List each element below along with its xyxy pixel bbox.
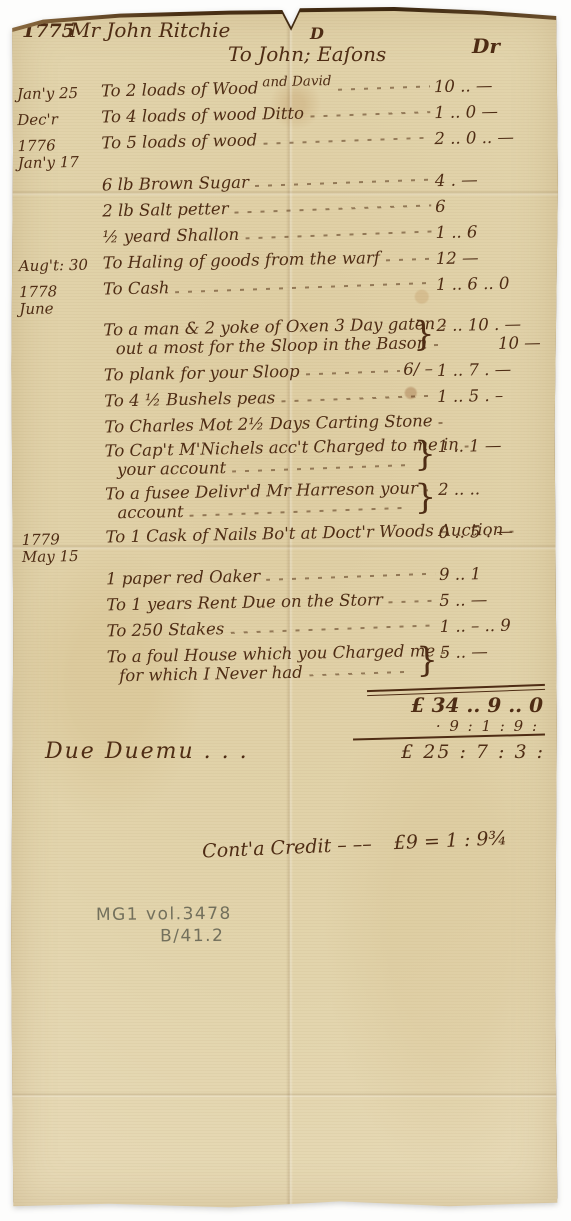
entry-description-block: To 4 loads of wood Ditto — [101, 101, 434, 126]
entry-amount-column: 1 .. 0 — — [434, 99, 544, 122]
entry-date — [19, 321, 103, 326]
entry-brace: } — [413, 317, 435, 351]
entry-line-1: 1 paper red Oaker — [106, 563, 439, 588]
leader-dashes — [245, 222, 432, 241]
leader-dashes — [441, 644, 449, 656]
ledger-entry-row: To 1 years Rent Due on the Storr 5 .. — — [22, 587, 549, 618]
entry-line-1: To plank for your Sloop 6/ – — [104, 359, 437, 384]
entry-line-1: To 1 years Rent Due on the Storr — [106, 589, 439, 614]
entry-amount-column: 1 .. 6 .. 0 — [436, 271, 546, 294]
entry-description: To Cash — [103, 278, 170, 298]
entry-description-block: To a fusee Delivr'd Mr Harreson your acc… — [105, 479, 413, 523]
entry-description-block: To 2 loads of Wood and David — [101, 75, 434, 100]
contra-credit-label: Cont'a Credit – –– — [202, 833, 373, 862]
entry-date — [23, 647, 107, 652]
debit-abbreviation: Dr — [472, 34, 500, 58]
entry-date — [20, 418, 104, 423]
ledger-entry-row: ½ yeard Shallon 1 .. 6 — [18, 219, 545, 250]
leader-dashes — [175, 273, 432, 294]
entry-description-block: To 1 Cask of Nails Bo't at Doct'r Woods … — [105, 521, 438, 546]
entry-line-1: To 1 Cask of Nails Bo't at Doct'r Woods … — [105, 521, 438, 546]
entry-date — [20, 442, 104, 447]
entry-description-block: To Cap't M'Nichels acc't Charged to me i… — [104, 436, 412, 480]
entry-amount: 1 .. 6 .. 0 — [436, 273, 546, 294]
entry-amount-column: 9 .. 1 — [439, 561, 549, 584]
leader-dashes — [438, 414, 446, 426]
ledger-entry-row: 1 paper red Oaker 9 .. 1 — [22, 561, 549, 592]
entry-amount-column: 2 .. 0 .. — — [434, 125, 544, 148]
entry-amount-column: 0 .. 5 . — — [438, 519, 548, 542]
entry-line-1: To 5 loads of wood — [101, 127, 434, 152]
entry-description-continued: account — [105, 502, 183, 522]
entry-amount: 5 .. — — [439, 589, 549, 610]
entry-amount: 9 .. 1 — [439, 563, 549, 584]
entry-date — [18, 175, 102, 180]
entry-description: ½ yeard Shallon — [102, 224, 239, 246]
archive-reference: MG1 vol.3478 B/41.2 — [96, 901, 547, 947]
entry-line-1: To Charles Mot 2½ Days Carting Stone — [104, 411, 437, 436]
entry-amount-column: 1 .. – .. 9 — [439, 613, 549, 636]
leader-dashes — [281, 387, 433, 405]
entry-line-1: 6 lb Brown Sugar — [102, 169, 435, 194]
entry-description-block: To 1 years Rent Due on the Storr — [106, 589, 439, 614]
ledger-entry-row: To Cap't M'Nichels acc't Charged to me i… — [20, 433, 548, 481]
entry-date — [22, 621, 106, 626]
leader-dashes — [433, 336, 441, 348]
entry-unit-rate: 6/ – — [403, 359, 433, 379]
balance-due-row: Due Duemu . . . £ 25 : 7 : 3 : — [193, 741, 545, 771]
totals-block: £ 34 .. 9 .. 0 · 9 : 1 : 9 : Due Duemu .… — [193, 687, 545, 771]
leader-dashes — [389, 591, 436, 605]
entry-interlinear-insertion: and David — [262, 73, 331, 90]
leader-dashes — [386, 249, 432, 263]
entry-amount-column: 1 .. 5 . – — [437, 383, 547, 406]
balance-due-label: Due Duemu . . . — [45, 739, 249, 764]
entry-description: 1 paper red Oaker — [106, 566, 260, 588]
entry-line-1: To Haling of goods from the warf — [103, 247, 436, 272]
ledger-entry-row: To a foul House which you Charged me for… — [23, 639, 551, 687]
ledger-entry-row: To a man & 2 yoke of Oxen 3 Day gaten ou… — [19, 312, 547, 362]
entry-date — [20, 392, 104, 397]
ledger-entry-row: 1779 May 15 To 1 Cask of Nails Bo't at D… — [21, 519, 549, 566]
ledger-entry-row: Dec'r To 4 loads of wood Ditto 1 .. 0 — — [17, 99, 544, 130]
leader-dashes — [424, 481, 432, 493]
entry-date: Jan'y 25 — [17, 81, 101, 102]
ledger-entry-row: Aug't: 30 To Haling of goods from the wa… — [19, 245, 546, 276]
leader-dashes — [189, 499, 409, 519]
archive-volume-number: MG1 vol.3478 — [96, 901, 547, 925]
leader-dashes — [255, 170, 431, 188]
entry-amount: 1 .. 1 — — [437, 435, 547, 456]
ledger-entry-row: To 250 Stakes 1 .. – .. 9 — [22, 613, 549, 644]
entry-description-block: 2 lb Salt petter — [102, 195, 435, 220]
entry-description-block: 6 lb Brown Sugar — [102, 169, 435, 194]
ledger-entry-row: To a fusee Delivr'd Mr Harreson your acc… — [21, 476, 549, 524]
entry-amount: 12 — — [436, 247, 546, 268]
contra-credit-line: Cont'a Credit – –– £9 = 1 : 9¾ — [202, 825, 548, 862]
leader-dashes — [465, 437, 473, 449]
entry-amount-column: 1 .. 1 — — [437, 433, 547, 456]
contra-credit-amount: £9 = 1 : 9¾ — [393, 827, 507, 854]
entry-description-block: To a foul House which you Charged me for… — [107, 641, 415, 685]
entry-amount-column: 12 — — [436, 245, 546, 268]
entry-description: To 2 loads of Wood — [101, 78, 259, 100]
entry-description-block: To 250 Stakes — [106, 615, 439, 640]
entries-list: Jan'y 25 To 2 loads of Wood and David 10… — [17, 75, 550, 684]
entry-brace: } — [416, 643, 438, 677]
entry-amount-column: 2 .. .. — [438, 476, 548, 499]
entry-amount: 1 .. 7 . — — [437, 359, 547, 380]
entry-description-block: To 4 ½ Bushels peas — [104, 385, 437, 410]
entry-description: To 1 years Rent Due on the Storr — [106, 590, 383, 614]
entry-date: 1778 June — [19, 279, 104, 317]
entry-date — [18, 201, 102, 206]
entry-description-block: To Haling of goods from the warf — [103, 247, 436, 272]
entry-amount: 1 .. – .. 9 — [439, 615, 549, 636]
entry-description: To Charles Mot 2½ Days Carting Stone — [104, 411, 432, 436]
entry-date — [22, 569, 106, 574]
entry-amount: 2 .. .. — [438, 478, 548, 499]
leader-dashes — [337, 77, 430, 92]
entry-description-block: To Charles Mot 2½ Days Carting Stone — [104, 411, 437, 436]
debtor-name: Mr John Ritchie — [70, 18, 230, 42]
entry-amount-column: 2 .. 10 . — 10 — — [436, 312, 547, 354]
entry-description-block: To 5 loads of wood — [101, 127, 434, 152]
ledger-entry-row: 1778 June To Cash 1 .. 6 .. 0 — [19, 271, 547, 318]
ledger-entry-row: Jan'y 25 To 2 loads of Wood and David 10… — [17, 73, 544, 104]
leader-dashes — [232, 456, 409, 474]
entry-amount: 1 .. 6 — [435, 221, 545, 242]
entry-date: 1776 Jan'y 17 — [17, 133, 102, 171]
leader-dashes — [266, 564, 435, 582]
entry-line-1: To 4 ½ Bushels peas — [104, 385, 437, 410]
entry-amount-column: 10 .. — — [434, 73, 544, 96]
entry-amount: 2 .. 0 .. — — [434, 127, 544, 148]
entry-amount: 2 .. 10 . — — [436, 314, 546, 335]
entry-date — [20, 366, 104, 371]
entry-line-1: To Cash — [103, 273, 436, 298]
entry-line-1: To 4 loads of wood Ditto — [101, 101, 434, 126]
entry-amount-column: 5 .. — — [439, 587, 549, 610]
entry-description: To 4 loads of wood Ditto — [101, 104, 304, 127]
leader-dashes — [310, 103, 431, 119]
entry-amount: 6 — [435, 195, 545, 216]
paper-wrapper: 1775 Mr John Ritchie D To John; Eaſons D… — [0, 0, 571, 1221]
entry-description: 6 lb Brown Sugar — [102, 172, 249, 194]
entry-description-block: To Cash — [103, 273, 436, 298]
entry-description: To Haling of goods from the warf — [103, 248, 380, 272]
leader-dashes — [441, 317, 449, 329]
leader-dashes — [308, 663, 410, 679]
ledger-entry-row: 6 lb Brown Sugar 4 . — — [18, 167, 545, 198]
entry-amount-column: 1 .. 6 — [435, 219, 545, 242]
leader-dashes — [509, 523, 517, 535]
entry-date — [21, 485, 105, 490]
ledger-entry-row: 2 lb Salt petter 6 — [18, 193, 545, 224]
entry-date — [22, 595, 106, 600]
entry-amount: 5 .. — — [440, 641, 550, 662]
entry-description: To 5 loads of wood — [101, 130, 257, 152]
entry-description-block: To a man & 2 yoke of Oxen 3 Day gaten ou… — [103, 315, 411, 359]
entry-description-block: 1 paper red Oaker — [106, 563, 439, 588]
leader-dashes — [263, 129, 431, 147]
entry-amount: 1 .. 5 . – — [437, 385, 547, 406]
entry-secondary-amount: 10 — — [498, 333, 547, 353]
entry-description-continued: your account — [105, 458, 226, 479]
total-gross-amount: £ 34 .. 9 .. 0 — [193, 693, 545, 717]
entry-date: Dec'r — [17, 107, 101, 128]
archive-item-number: B/41.2 — [160, 923, 547, 946]
entry-amount: 4 . — — [435, 169, 545, 190]
entry-amount-column: 1 .. 7 . — — [437, 357, 547, 380]
entry-amount: 0 .. 5 . — — [438, 521, 548, 542]
entry-date: Aug't: 30 — [19, 253, 103, 274]
entry-brace: } — [414, 437, 436, 471]
leader-dashes — [230, 616, 436, 636]
entry-description-block: To plank for your Sloop 6/ – — [104, 359, 437, 384]
ledger-header: 1775 Mr John Ritchie D To John; Eaſons D… — [20, 18, 547, 70]
entry-description: To plank for your Sloop — [104, 362, 300, 385]
ledger-paper: 1775 Mr John Ritchie D To John; Eaſons D… — [10, 8, 559, 1211]
ledger-entry-row: 1776 Jan'y 17 To 5 loads of wood 2 .. 0 … — [17, 125, 545, 172]
entry-amount: 10 .. — — [434, 75, 544, 96]
header-superscript-d: D — [310, 24, 324, 43]
entry-amount-column: 6 — [435, 193, 545, 216]
leader-dashes — [234, 196, 431, 215]
leader-dashes — [305, 362, 399, 377]
entry-amount-column: 4 . — — [435, 167, 545, 190]
entry-amount: 1 .. 0 — — [434, 101, 544, 122]
entry-amount-column: 5 .. — — [440, 639, 550, 662]
entry-line-1: ½ yeard Shallon — [102, 221, 435, 246]
entry-description: 2 lb Salt petter — [102, 199, 229, 220]
entry-line-1: To 2 loads of Wood and David — [101, 75, 434, 100]
balance-due-amount: £ 25 : 7 : 3 : — [401, 741, 545, 763]
entry-description: To 250 Stakes — [106, 619, 224, 640]
entry-description-continued: for which I Never had — [107, 662, 303, 685]
scan-background: 1775 Mr John Ritchie D To John; Eaſons D… — [0, 0, 571, 1221]
entry-description-block: ½ yeard Shallon — [102, 221, 435, 246]
creditor-name: To John; Eaſons — [228, 42, 386, 66]
entry-description: To 4 ½ Bushels peas — [104, 388, 275, 410]
entry-line-1: 2 lb Salt petter — [102, 195, 435, 220]
total-credit-subtracted: · 9 : 1 : 9 : — [193, 717, 545, 735]
entry-date — [18, 227, 102, 232]
horizontal-fold-crease — [10, 1092, 559, 1098]
entry-date: 1779 May 15 — [21, 528, 106, 566]
entry-line-1: To 250 Stakes — [106, 615, 439, 640]
entry-amount-column — [437, 409, 547, 413]
